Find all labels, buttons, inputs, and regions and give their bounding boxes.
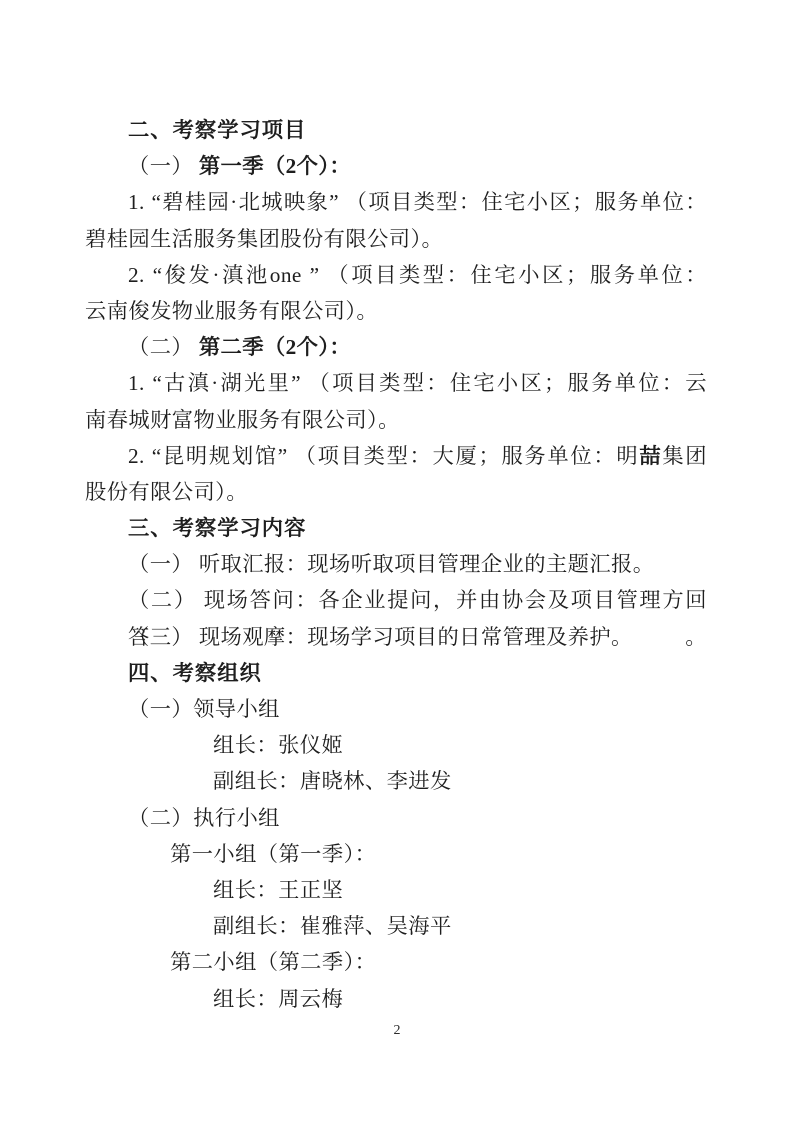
text-segment: 喆 xyxy=(639,444,662,468)
item-1-line-1: 1. “碧桂园·北城映象” （项目类型：住宅小区；服务单位： xyxy=(85,184,707,220)
text-segment: 碧桂园生活服务集团股份有限公司）。 xyxy=(85,227,443,251)
item-2-line-1: 2. “俊发·滇池one ” （项目类型：住宅小区；服务单位： xyxy=(85,257,707,293)
document-page: 二、考察学习项目（一） 第一季（2个）：1. “碧桂园·北城映象” （项目类型：… xyxy=(0,0,794,1123)
exec-group-2-title: 第二小组（第二季）： xyxy=(85,944,707,980)
text-segment: 第二小组（第二季）： xyxy=(170,950,376,974)
text-segment: （三） 现场观摩：现场学习项目的日常管理及养护。 xyxy=(128,625,633,649)
text-segment: 第二季（2个）： xyxy=(199,335,351,359)
text-segment: （二） xyxy=(128,335,199,359)
text-segment: 1. “古滇·湖光里” （项目类型：住宅小区；服务单位：云 xyxy=(128,371,707,395)
page-number: 2 xyxy=(0,1022,794,1040)
text-segment: 组长：张仪姬 xyxy=(213,733,343,757)
item-2-line-2: 云南俊发物业服务有限公司）。 xyxy=(85,293,707,329)
exec-group-1-deputy: 副组长：崔雅萍、吴海平 xyxy=(85,908,707,944)
item-1-line-2: 碧桂园生活服务集团股份有限公司）。 xyxy=(85,221,707,257)
subheading-quarter-2: （二） 第二季（2个）： xyxy=(85,329,707,365)
text-segment: 组长：王正坚 xyxy=(213,878,343,902)
text-segment: 股份有限公司）。 xyxy=(85,480,248,504)
subheading-quarter-1: （一） 第一季（2个）： xyxy=(85,148,707,184)
text-segment: 副组长：唐晓林、李进发 xyxy=(213,769,452,793)
heading-section-4: 四、考察组织 xyxy=(85,655,707,691)
org-leading-group: （一）领导小组 xyxy=(85,691,707,727)
text-segment: （一）领导小组 xyxy=(128,697,280,721)
text-segment: 第一季（2个）： xyxy=(199,154,351,178)
heading-section-3: 三、考察学习内容 xyxy=(85,510,707,546)
text-segment: 四、考察组织 xyxy=(128,661,262,685)
item-4-line-1: 2. “昆明规划馆” （项目类型：大厦；服务单位：明喆集团 xyxy=(85,438,707,474)
leading-group-deputy: 副组长：唐晓林、李进发 xyxy=(85,763,707,799)
text-segment: （一） 听取汇报：现场听取项目管理企业的主题汇报。 xyxy=(128,552,654,576)
text-segment: 三、考察学习内容 xyxy=(128,516,306,540)
content-item-1: （一） 听取汇报：现场听取项目管理企业的主题汇报。 xyxy=(85,546,707,582)
text-segment: 云南俊发物业服务有限公司）。 xyxy=(85,299,378,323)
org-executive-group: （二）执行小组 xyxy=(85,800,707,836)
text-segment: 副组长：崔雅萍、吴海平 xyxy=(213,914,452,938)
text-segment: 南春城财富物业服务有限公司）。 xyxy=(85,408,400,432)
text-segment: 2. “昆明规划馆” （项目类型：大厦；服务单位：明 xyxy=(128,444,639,468)
text-segment: 1. “碧桂园·北城映象” （项目类型：住宅小区；服务单位： xyxy=(128,190,707,214)
exec-group-1-title: 第一小组（第一季）： xyxy=(85,836,707,872)
item-3-line-1: 1. “古滇·湖光里” （项目类型：住宅小区；服务单位：云 xyxy=(85,365,707,401)
text-segment: （二）执行小组 xyxy=(128,806,280,830)
heading-section-2: 二、考察学习项目 xyxy=(85,112,707,148)
text-segment: 2. “俊发·滇池one ” （项目类型：住宅小区；服务单位： xyxy=(128,263,707,287)
item-3-line-2: 南春城财富物业服务有限公司）。 xyxy=(85,402,707,438)
content-item-2: （二） 现场答问：各企业提问，并由协会及项目管理方回答。 xyxy=(85,582,707,618)
document-body: 二、考察学习项目（一） 第一季（2个）：1. “碧桂园·北城映象” （项目类型：… xyxy=(85,112,707,1017)
text-segment: 集团 xyxy=(662,444,707,468)
leading-group-leader: 组长：张仪姬 xyxy=(85,727,707,763)
exec-group-2-leader: 组长：周云梅 xyxy=(85,981,707,1017)
text-segment: 组长：周云梅 xyxy=(213,987,343,1011)
item-4-line-2: 股份有限公司）。 xyxy=(85,474,707,510)
text-segment: 第一小组（第一季）： xyxy=(170,842,376,866)
text-segment: （一） xyxy=(128,154,199,178)
text-segment: 二、考察学习项目 xyxy=(128,118,306,142)
content-item-3: （三） 现场观摩：现场学习项目的日常管理及养护。 xyxy=(85,619,707,655)
exec-group-1-leader: 组长：王正坚 xyxy=(85,872,707,908)
